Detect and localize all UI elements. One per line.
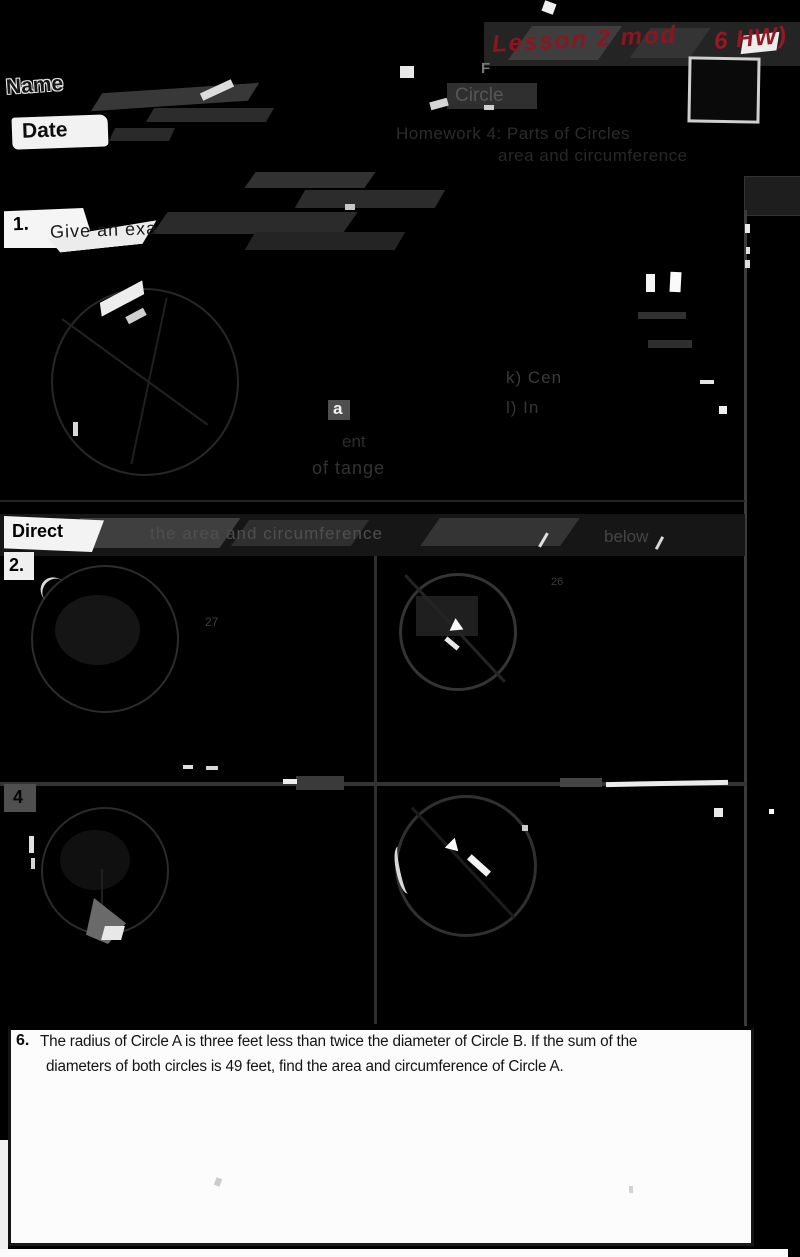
scan-speck <box>541 0 556 14</box>
date-label: Date <box>22 118 68 144</box>
area-circumference-fragment: area and circumference <box>498 146 688 166</box>
scan-speck <box>283 779 297 784</box>
problem4-number: 4 <box>13 787 23 808</box>
scan-speck <box>29 836 34 853</box>
list-item-k-fragment: k) Cen <box>506 368 562 388</box>
scan-streak <box>560 778 602 787</box>
problem3-value-fragment: 26 <box>551 576 563 588</box>
scan-speck <box>429 98 448 110</box>
scan-blob <box>60 830 130 890</box>
scan-streak <box>245 232 405 250</box>
ent-fragment: ent <box>342 432 366 452</box>
problem1-number: 1. <box>13 214 30 237</box>
scan-speck <box>206 766 218 770</box>
scan-speck <box>769 809 774 814</box>
page-margin-bottom <box>0 1249 788 1257</box>
scan-streak <box>91 83 259 111</box>
section-divider <box>0 500 745 502</box>
scan-patch <box>296 776 344 790</box>
tangent-fragment: of tange <box>312 458 385 479</box>
example-circle-diagram <box>51 288 239 476</box>
directions-body-fragment: the area and circumference <box>150 524 383 544</box>
scan-speck <box>345 204 355 210</box>
problem1-prompt-fragment: Give an exa <box>50 218 158 243</box>
scan-streak <box>152 212 357 234</box>
scan-speck <box>31 858 35 869</box>
scan-speck <box>745 260 750 268</box>
scan-speck <box>183 765 193 769</box>
problem6-number: 6. <box>16 1032 29 1050</box>
answer-box-outline <box>687 56 760 123</box>
directions-tail-fragment: below <box>604 527 648 547</box>
scan-patch <box>744 176 800 216</box>
scan-speck <box>745 224 750 233</box>
problem6-line1: The radius of Circle A is three feet les… <box>40 1033 637 1051</box>
scan-streak <box>244 172 375 188</box>
scan-streak <box>420 518 580 546</box>
scan-speck <box>484 105 494 110</box>
problem2-number: 2. <box>9 555 24 576</box>
problem2-value-fragment: 27 <box>205 615 218 629</box>
table-right-border <box>744 210 747 1026</box>
scan-streak <box>295 190 445 208</box>
scan-speck <box>700 380 714 384</box>
scanned-worksheet-page: Lesson 2 mod 6 HW) Name Date F Circle Ho… <box>0 0 800 1257</box>
worksheet-title-fragment: Circle <box>455 85 504 107</box>
scan-speck <box>669 272 681 293</box>
letter-a-fragment: a <box>333 399 342 419</box>
problem6-line2: diameters of both circles is 49 feet, fi… <box>46 1058 564 1076</box>
page-margin-left <box>0 1140 8 1257</box>
scan-streak <box>648 340 692 348</box>
scan-speck <box>101 926 125 940</box>
scan-streak <box>109 128 175 141</box>
scan-blob <box>55 595 140 665</box>
list-item-l-fragment: l) In <box>506 398 539 418</box>
scan-streak <box>638 312 686 319</box>
scan-speck <box>400 66 414 78</box>
scan-speck <box>719 406 727 414</box>
grid-vertical-divider <box>374 556 377 1024</box>
scan-streak <box>146 108 274 122</box>
scan-speck <box>746 247 750 254</box>
scan-speck <box>646 274 655 292</box>
scan-speck <box>522 825 528 831</box>
directions-label: Direct <box>12 521 63 542</box>
homework-subtitle-fragment: Homework 4: Parts of Circles <box>396 124 630 144</box>
scan-blob <box>416 596 478 636</box>
scan-speck <box>629 1186 633 1193</box>
scan-speck <box>714 808 723 817</box>
name-label: Name <box>5 72 64 100</box>
scan-speck <box>73 422 78 436</box>
header-f-fragment: F <box>481 60 490 77</box>
